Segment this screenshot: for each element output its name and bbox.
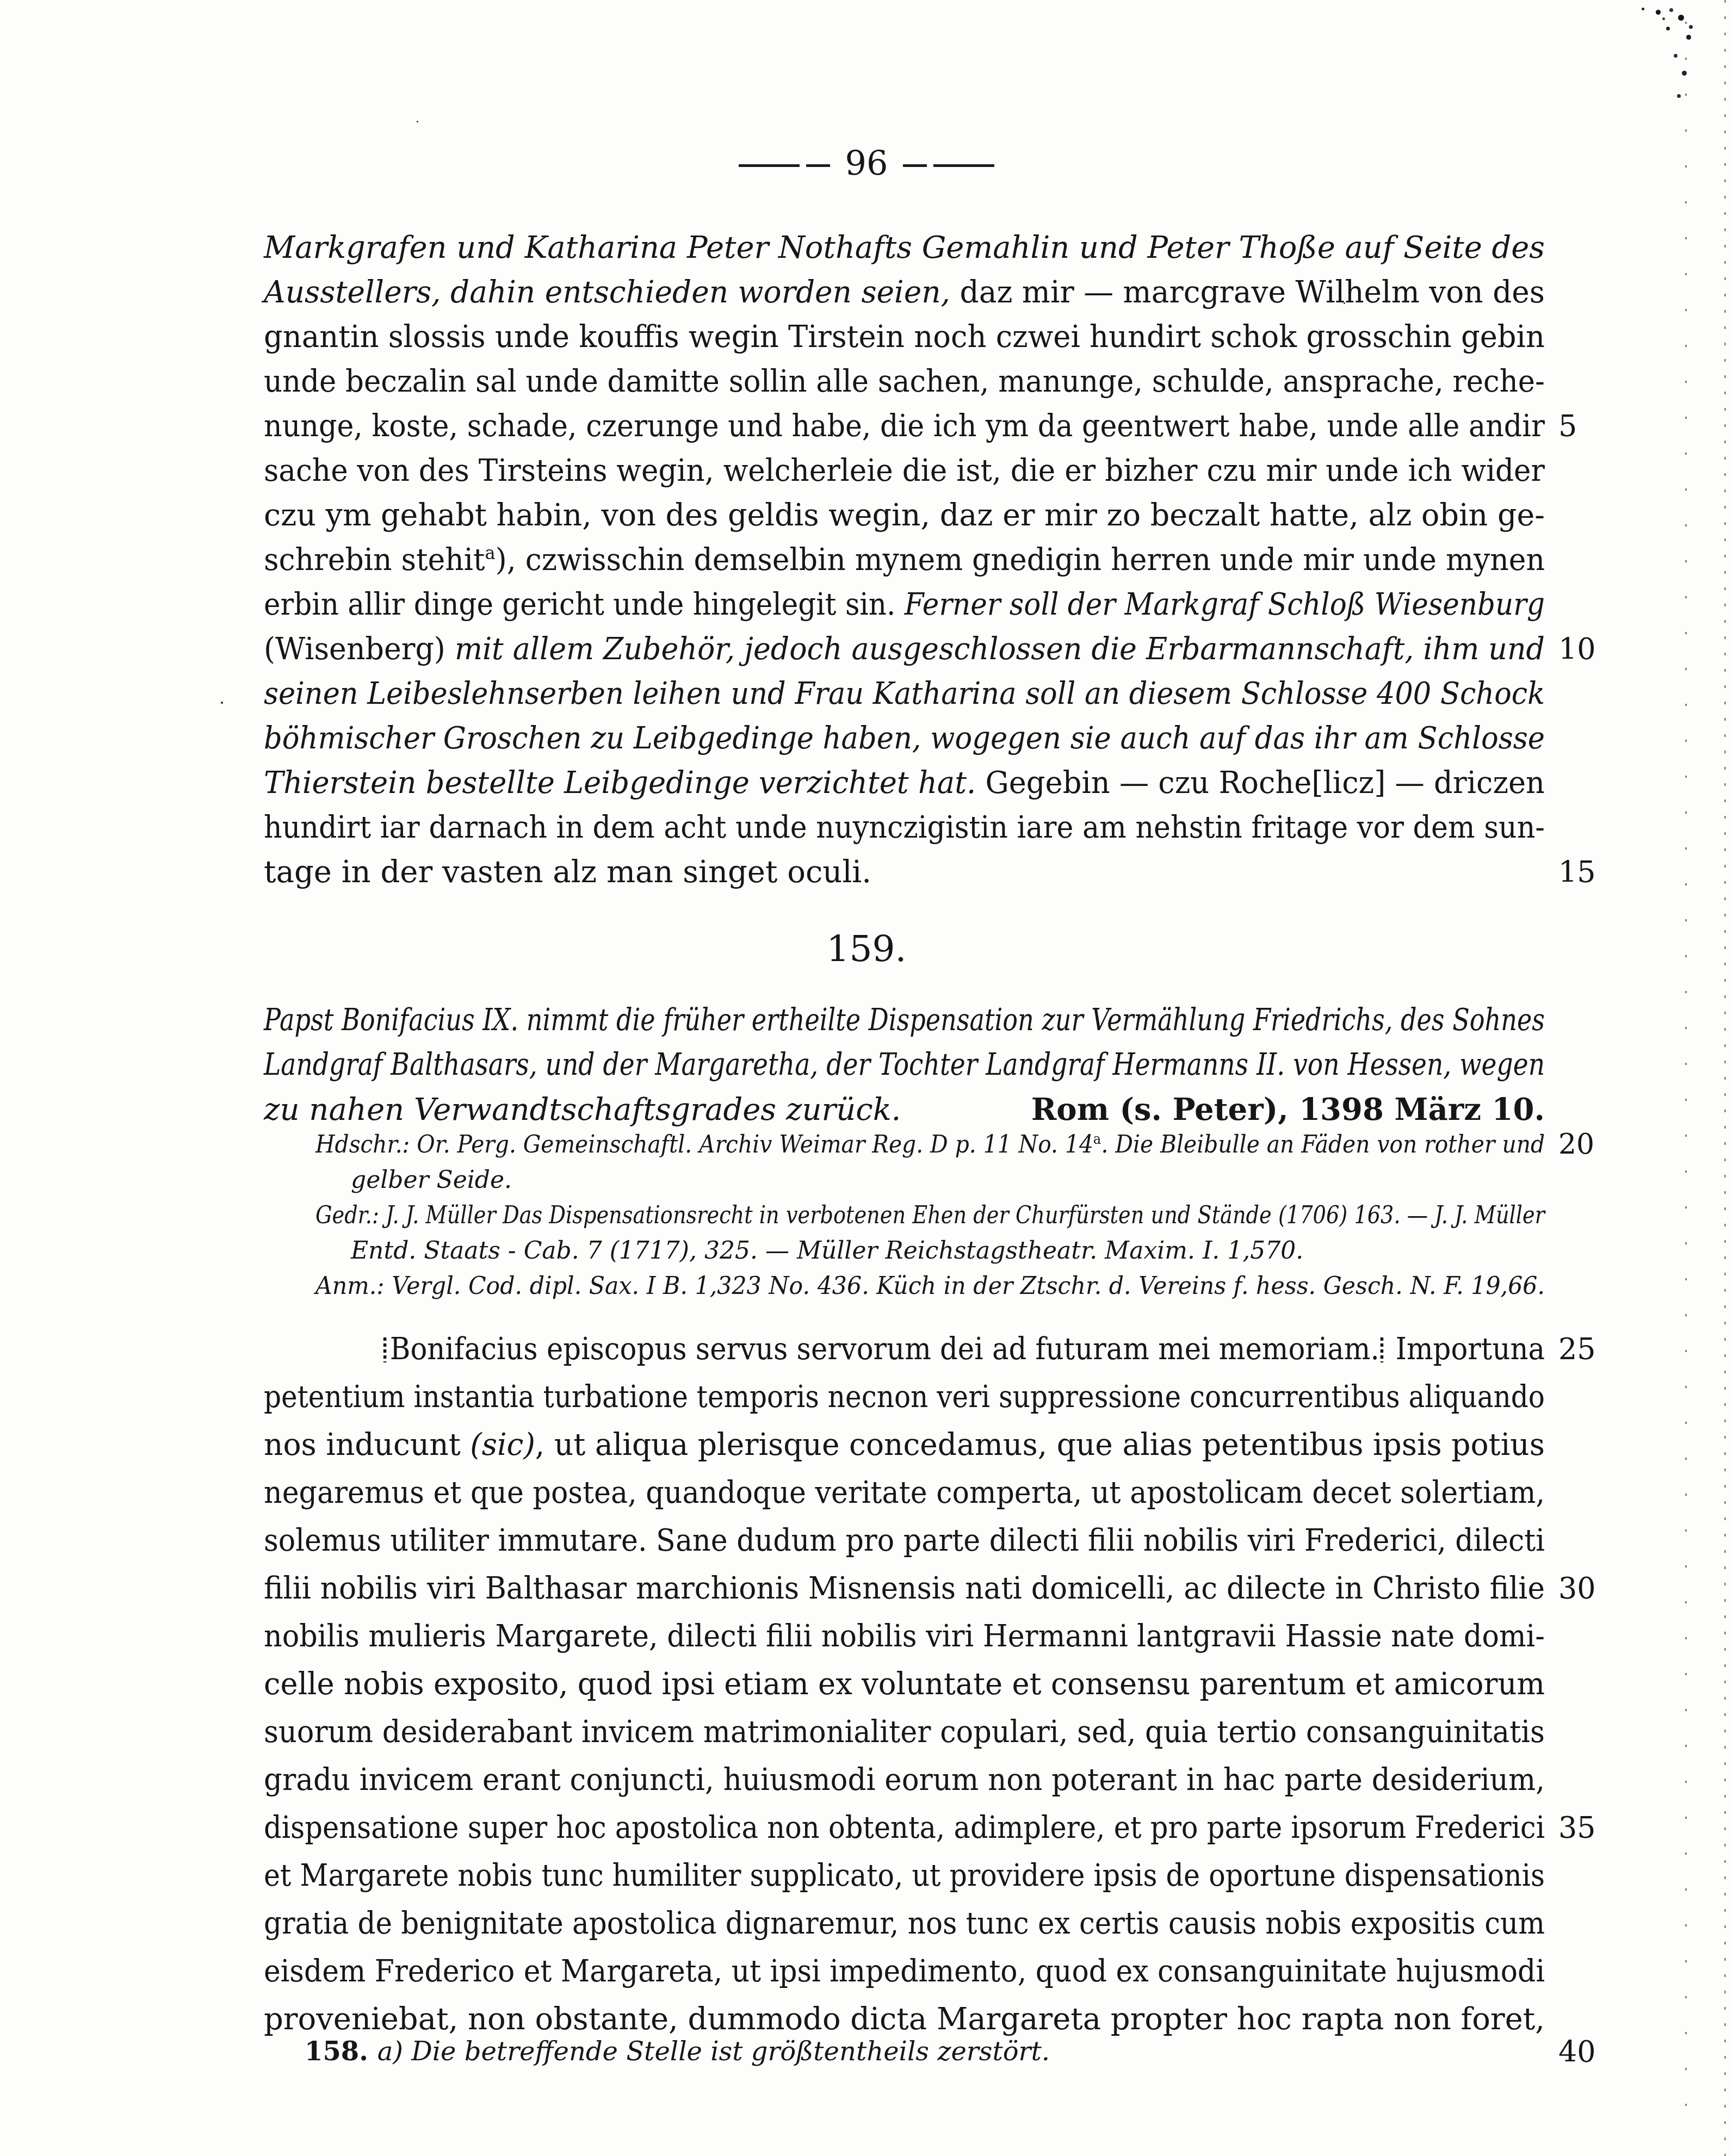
text-line: (Wisenberg) mit allem Zubehör, jedoch au… <box>264 627 1545 672</box>
page-number-rule <box>806 164 830 167</box>
entry-159-regest: Papst Bonifacius IX. nimmt die früher er… <box>264 998 1545 1132</box>
scan-vertical-artifact <box>1685 22 1687 2132</box>
entry-159-source-notes: Hdschr.: Or. Perg. Gemeinschaftl. Archiv… <box>264 1127 1545 1304</box>
margin-line-number: 35 <box>1558 1804 1596 1852</box>
editorial-insertion-mark-icon <box>383 1337 386 1362</box>
margin-line-number: 40 <box>1558 2034 1596 2070</box>
text-line: böhmischer Groschen zu Leibgedinge haben… <box>264 716 1545 761</box>
page-number: 96 <box>845 143 888 183</box>
text-line: et Margarete nobis tunc humiliter suppli… <box>264 1852 1545 1900</box>
entry-158-continuation-text: Markgrafen und Katharina Peter Nothafts … <box>264 226 1545 895</box>
text-line: gratia de benignitate apostolica dignare… <box>264 1900 1545 1948</box>
text-line: nunge, koste, schade, czerunge und habe,… <box>264 404 1545 449</box>
text-line: Landgraf Balthasars, und der Margaretha,… <box>264 1043 1545 1087</box>
regest-date-place: Rom (s. Peter), 1398 März 10. <box>1031 1087 1545 1132</box>
text-line: nos inducunt (sic), ut aliqua plerisque … <box>264 1421 1545 1469</box>
text-line: sache von des Tirsteins wegin, welcherle… <box>264 449 1545 493</box>
text-line: eisdem Frederico et Margareta, ut ipsi i… <box>264 1948 1545 1996</box>
text-line: solemus utiliter immutare. Sane dudum pr… <box>264 1517 1545 1565</box>
entry-159-heading: 159. <box>0 922 1733 976</box>
entry-159-latin-text: Bonifacius episcopus servus servorum dei… <box>264 1325 1545 2043</box>
text-line: erbin allir dinge gericht unde hingelegi… <box>264 583 1545 627</box>
entry-number: 159. <box>827 928 907 970</box>
margin-line-number: 30 <box>1558 1565 1596 1613</box>
page-number-rule <box>933 164 994 167</box>
text-line: Papst Bonifacius IX. nimmt die früher er… <box>264 998 1545 1043</box>
text-line: celle nobis exposito, quod ipsi etiam ex… <box>264 1661 1545 1708</box>
text-line: Ausstellers, dahin entschieden worden se… <box>264 270 1545 315</box>
text-line: gelber Seide. <box>264 1162 1545 1198</box>
scan-speckle-artifact <box>1344 302 1345 304</box>
scanned-document-page: 96 Markgrafen und Katharina Peter Nothaf… <box>0 0 1733 2156</box>
margin-line-number: 5 <box>1558 404 1577 449</box>
text-line: Thierstein bestellte Leibgedinge verzich… <box>264 761 1545 806</box>
text-line: seinen Leibeslehnserben leihen und Frau … <box>264 672 1545 716</box>
text-line: Entd. Staats - Cab. 7 (1717), 325. — Mül… <box>264 1233 1545 1268</box>
text-line: tage in der vasten alz man singet oculi.… <box>264 850 1545 895</box>
margin-line-number: 25 <box>1558 1325 1596 1373</box>
margin-line-number: 10 <box>1558 627 1596 672</box>
text-line: hundirt iar darnach in dem acht unde nuy… <box>264 806 1545 850</box>
scan-speckle-artifact <box>221 702 223 704</box>
text-line: petentium instantia turbatione temporis … <box>264 1373 1545 1421</box>
text-line: Gedr.: J. J. Müller Das Dispensationsrec… <box>264 1198 1545 1233</box>
text-line: schrebin stehita), czwisschin demselbin … <box>264 538 1545 583</box>
text-line: Bonifacius episcopus servus servorum dei… <box>264 1325 1545 1373</box>
text-line: Hdschr.: Or. Perg. Gemeinschaftl. Archiv… <box>264 1127 1545 1162</box>
text-line: filii nobilis viri Balthasar marchionis … <box>264 1565 1545 1613</box>
text-line: Anm.: Vergl. Cod. dipl. Sax. I B. 1,323 … <box>264 1268 1545 1304</box>
scan-speckle-artifact <box>417 121 418 122</box>
text-line: 158. a) Die betreffende Stelle ist größt… <box>264 2034 1545 2070</box>
scan-speckle-artifact <box>1642 8 1644 10</box>
text-line: czu ym gehabt habin, von des geldis wegi… <box>264 493 1545 538</box>
page-number-rule <box>739 164 800 167</box>
text-line: zu nahen Verwandtschaftsgrades zurück.Ro… <box>264 1087 1545 1132</box>
text-line: suorum desiderabant invicem matrimoniali… <box>264 1708 1545 1756</box>
margin-line-number: 20 <box>1558 1127 1594 1162</box>
text-line: nobilis mulieris Margarete, dilecti fili… <box>264 1613 1545 1661</box>
footnote-158a: 158. a) Die betreffende Stelle ist größt… <box>264 2034 1545 2070</box>
text-line: negaremus et que postea, quandoque verit… <box>264 1469 1545 1517</box>
page-number-rule <box>903 164 927 167</box>
text-line: dispensatione super hoc apostolica non o… <box>264 1804 1545 1852</box>
text-line: Markgrafen und Katharina Peter Nothafts … <box>264 226 1545 270</box>
text-line: gradu invicem erant conjuncti, huiusmodi… <box>264 1756 1545 1804</box>
margin-line-number: 15 <box>1558 850 1596 895</box>
scan-vertical-artifact <box>1724 0 1726 2156</box>
text-line: gnantin slossis unde kouffis wegin Tirst… <box>264 315 1545 360</box>
editorial-insertion-mark-icon <box>1381 1337 1383 1362</box>
text-line: unde beczalin sal unde damitte sollin al… <box>264 360 1545 404</box>
page-header: 96 <box>0 139 1733 188</box>
